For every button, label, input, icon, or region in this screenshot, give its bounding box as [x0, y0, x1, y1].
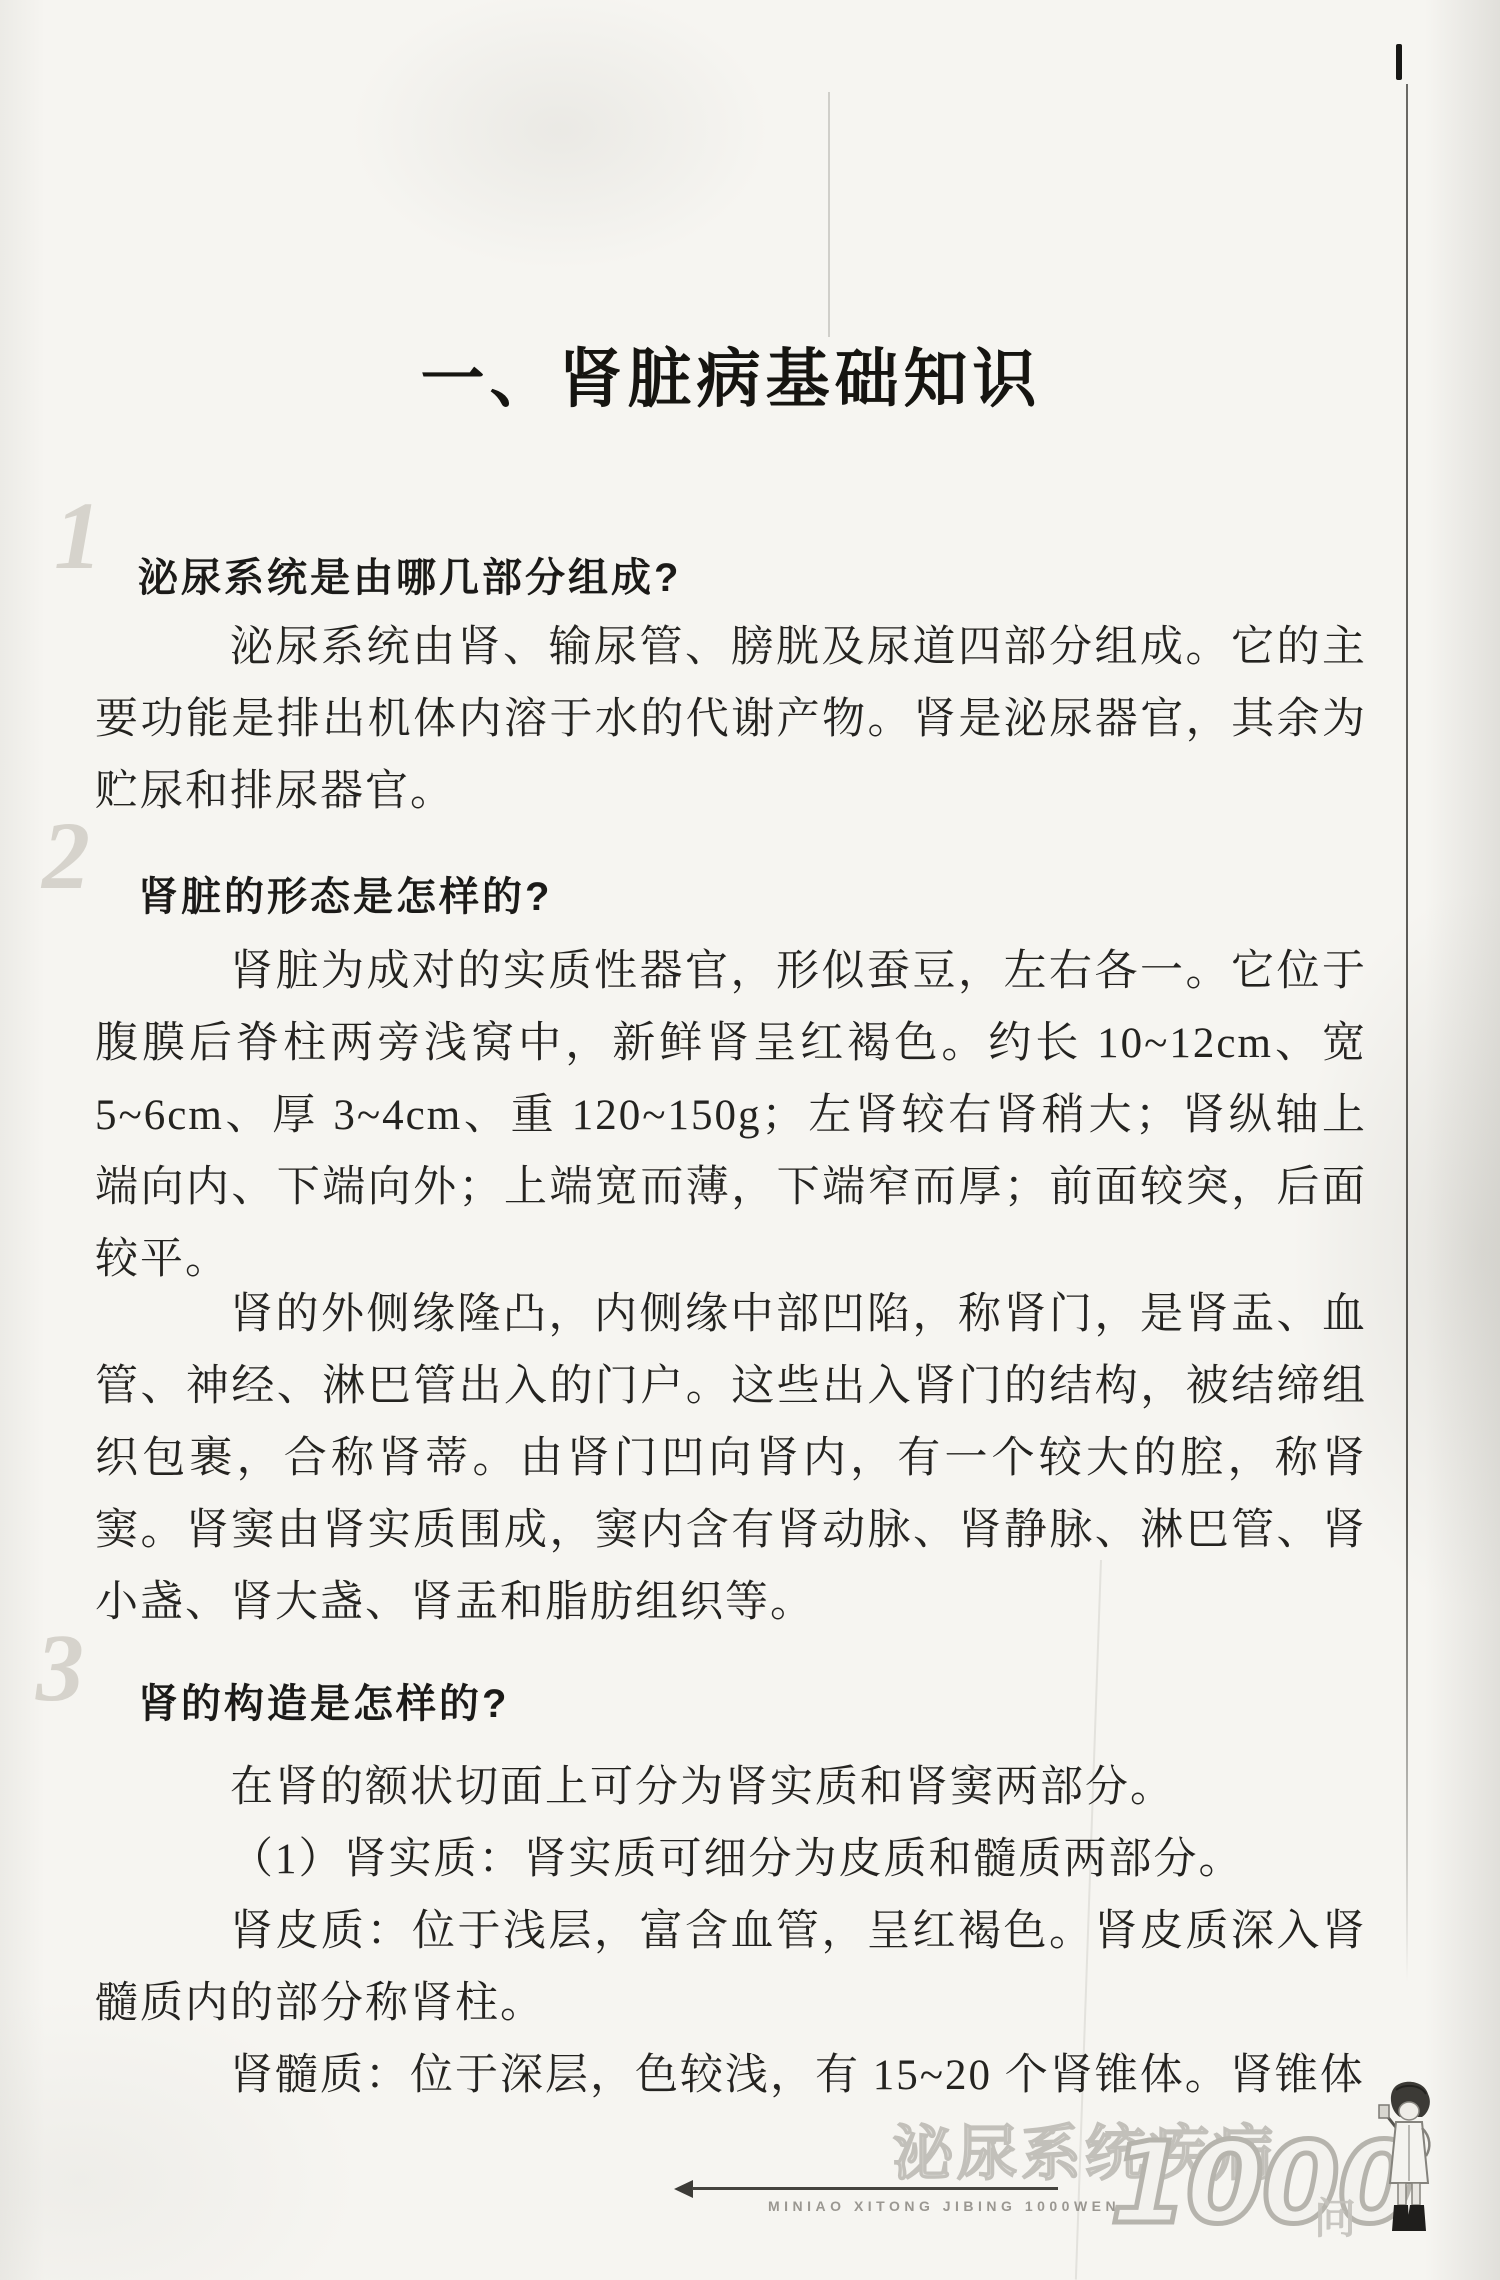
right-margin-rule — [1406, 84, 1408, 1982]
question-heading-2: 肾脏的形态是怎样的? — [138, 874, 1338, 920]
question-heading-3: 肾的构造是怎样的? — [138, 1681, 1338, 1727]
footer-watermark-suffix: 问 — [1314, 2186, 1356, 2246]
answer-paragraph: 在肾的额状切面上可分为肾实质和肾窦两部分。 — [95, 1752, 1367, 1824]
footer-pinyin: MINIAO XITONG JIBING 1000WEN — [768, 2198, 1120, 2214]
section-number-1: 1 — [54, 488, 102, 584]
answer-paragraph: 肾皮质：位于浅层，富含血管，呈红褐色。肾皮质深入肾髓质内的部分称肾柱。 — [95, 1896, 1367, 2040]
left-arrow-icon — [674, 2180, 693, 2198]
section-number-2: 2 — [42, 808, 90, 904]
question-heading-1: 泌尿系统是由哪几部分组成? — [138, 555, 1338, 601]
scanned-book-page: 一、肾脏病基础知识 1 泌尿系统是由哪几部分组成? 泌尿系统由肾、输尿管、膀胱及… — [0, 0, 1500, 2280]
answer-paragraph: 肾脏为成对的实质性器官，形似蚕豆，左右各一。它位于腹膜后脊柱两旁浅窝中，新鲜肾呈… — [95, 936, 1367, 1296]
answer-paragraph: 泌尿系统由肾、输尿管、膀胱及尿道四部分组成。它的主要功能是排出机体内溶于水的代谢… — [95, 612, 1367, 828]
footer-watermark-number: 1000 — [1110, 2128, 1414, 2240]
chapter-title: 一、肾脏病基础知识 — [95, 328, 1367, 420]
answer-paragraph: （1）肾实质：肾实质可细分为皮质和髓质两部分。 — [95, 1824, 1367, 1896]
scan-crease-top — [828, 92, 830, 337]
answer-paragraph: 肾的外侧缘隆凸，内侧缘中部凹陷，称肾门，是肾盂、血管、神经、淋巴管出入的门户。这… — [95, 1279, 1367, 1639]
section-number-3: 3 — [36, 1620, 84, 1716]
page-corner-tick — [1396, 44, 1402, 80]
answer-paragraph: 肾髓质：位于深层，色较浅，有 15~20 个肾锥体。肾锥体 — [95, 2040, 1367, 2112]
doctor-cartoon-icon — [1376, 2080, 1442, 2238]
